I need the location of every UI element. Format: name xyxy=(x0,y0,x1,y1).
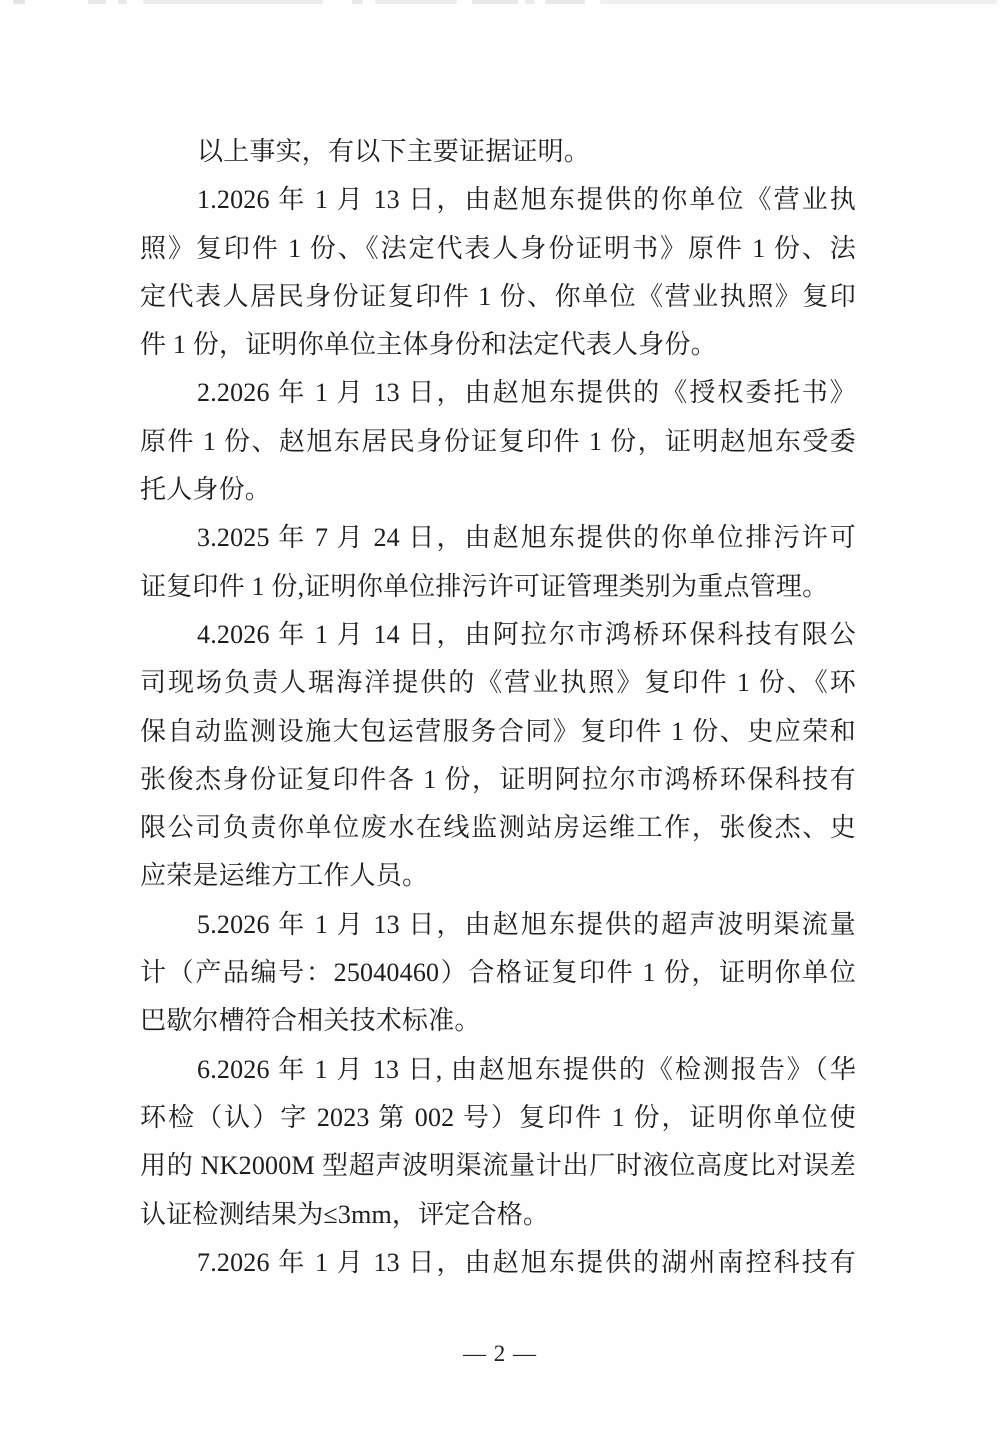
paragraph: 3.2025 年 7 月 24 日，由赵旭东提供的你单位排污许可证复印件 1 份… xyxy=(140,514,856,611)
paragraph: 以上事实，有以下主要证据证明。 xyxy=(140,128,856,176)
text-line: 以上事实，有以下主要证据证明。 xyxy=(140,128,856,176)
scan-artifact xyxy=(88,0,106,4)
page-number: — 2 — xyxy=(0,1341,1000,1367)
text-line: 计（产品编号：25040460）合格证复印件 1 份，证明你单位 xyxy=(140,949,856,997)
text-line: 司现场负责人琚海洋提供的《营业执照》复印件 1 份、《环 xyxy=(140,659,856,707)
text-line: 用的 NK2000M 型超声波明渠流量计出厂时液位高度比对误差 xyxy=(140,1142,856,1190)
text-line: 托人身份。 xyxy=(140,466,856,514)
scan-artifact xyxy=(352,0,363,4)
text-line: 限公司负责你单位废水在线监测站房运维工作，张俊杰、史 xyxy=(140,804,856,852)
paragraph: 1.2026 年 1 月 13 日，由赵旭东提供的你单位《营业执照》复印件 1 … xyxy=(140,176,856,369)
text-line: 定代表人居民身份证复印件 1 份、你单位《营业执照》复印 xyxy=(140,273,856,321)
text-line: 2.2026 年 1 月 13 日，由赵旭东提供的《授权委托书》 xyxy=(140,369,856,417)
text-line: 张俊杰身份证复印件各 1 份，证明阿拉尔市鸿桥环保科技有 xyxy=(140,756,856,804)
text-line: 照》复印件 1 份、《法定代表人身份证明书》原件 1 份、法 xyxy=(140,225,856,273)
paragraph: 7.2026 年 1 月 13 日，由赵旭东提供的湖州南控科技有 xyxy=(140,1239,856,1287)
text-line: 认证检测结果为≤3mm，评定合格。 xyxy=(140,1191,856,1239)
text-line: 5.2026 年 1 月 13 日，由赵旭东提供的超声波明渠流量 xyxy=(140,901,856,949)
scan-artifact xyxy=(525,0,535,4)
text-line: 7.2026 年 1 月 13 日，由赵旭东提供的湖州南控科技有 xyxy=(140,1239,856,1287)
text-line: 4.2026 年 1 月 14 日，由阿拉尔市鸿桥环保科技有限公 xyxy=(140,611,856,659)
text-line: 6.2026 年 1 月 13 日, 由赵旭东提供的《检测报告》（华 xyxy=(140,1046,856,1094)
paragraph: 5.2026 年 1 月 13 日，由赵旭东提供的超声波明渠流量计（产品编号：2… xyxy=(140,901,856,1046)
text-line: 证复印件 1 份,证明你单位排污许可证管理类别为重点管理。 xyxy=(140,563,856,611)
text-line: 应荣是运维方工作人员。 xyxy=(140,852,856,900)
paragraph: 4.2026 年 1 月 14 日，由阿拉尔市鸿桥环保科技有限公司现场负责人琚海… xyxy=(140,611,856,901)
scan-artifact xyxy=(600,0,997,4)
body-text: 以上事实，有以下主要证据证明。1.2026 年 1 月 13 日，由赵旭东提供的… xyxy=(140,128,856,1287)
text-line: 件 1 份，证明你单位主体身份和法定代表人身份。 xyxy=(140,321,856,369)
scan-artifact xyxy=(545,0,585,4)
text-line: 1.2026 年 1 月 13 日，由赵旭东提供的你单位《营业执 xyxy=(140,176,856,224)
document-page: 以上事实，有以下主要证据证明。1.2026 年 1 月 13 日，由赵旭东提供的… xyxy=(0,0,1000,1442)
scan-artifact xyxy=(143,0,323,4)
paragraph: 6.2026 年 1 月 13 日, 由赵旭东提供的《检测报告》（华环检（认）字… xyxy=(140,1046,856,1239)
text-line: 保自动监测设施大包运营服务合同》复印件 1 份、史应荣和 xyxy=(140,708,856,756)
text-line: 环检（认）字 2023 第 002 号）复印件 1 份，证明你单位使 xyxy=(140,1094,856,1142)
scan-artifact xyxy=(472,0,518,4)
text-line: 巴歇尔槽符合相关技术标准。 xyxy=(140,997,856,1045)
scan-artifact-strip xyxy=(0,0,1000,8)
scan-artifact xyxy=(375,0,457,4)
scan-artifact xyxy=(118,0,127,4)
scan-artifact xyxy=(13,0,25,4)
text-line: 3.2025 年 7 月 24 日，由赵旭东提供的你单位排污许可 xyxy=(140,514,856,562)
text-line: 原件 1 份、赵旭东居民身份证复印件 1 份，证明赵旭东受委 xyxy=(140,418,856,466)
paragraph: 2.2026 年 1 月 13 日，由赵旭东提供的《授权委托书》原件 1 份、赵… xyxy=(140,369,856,514)
